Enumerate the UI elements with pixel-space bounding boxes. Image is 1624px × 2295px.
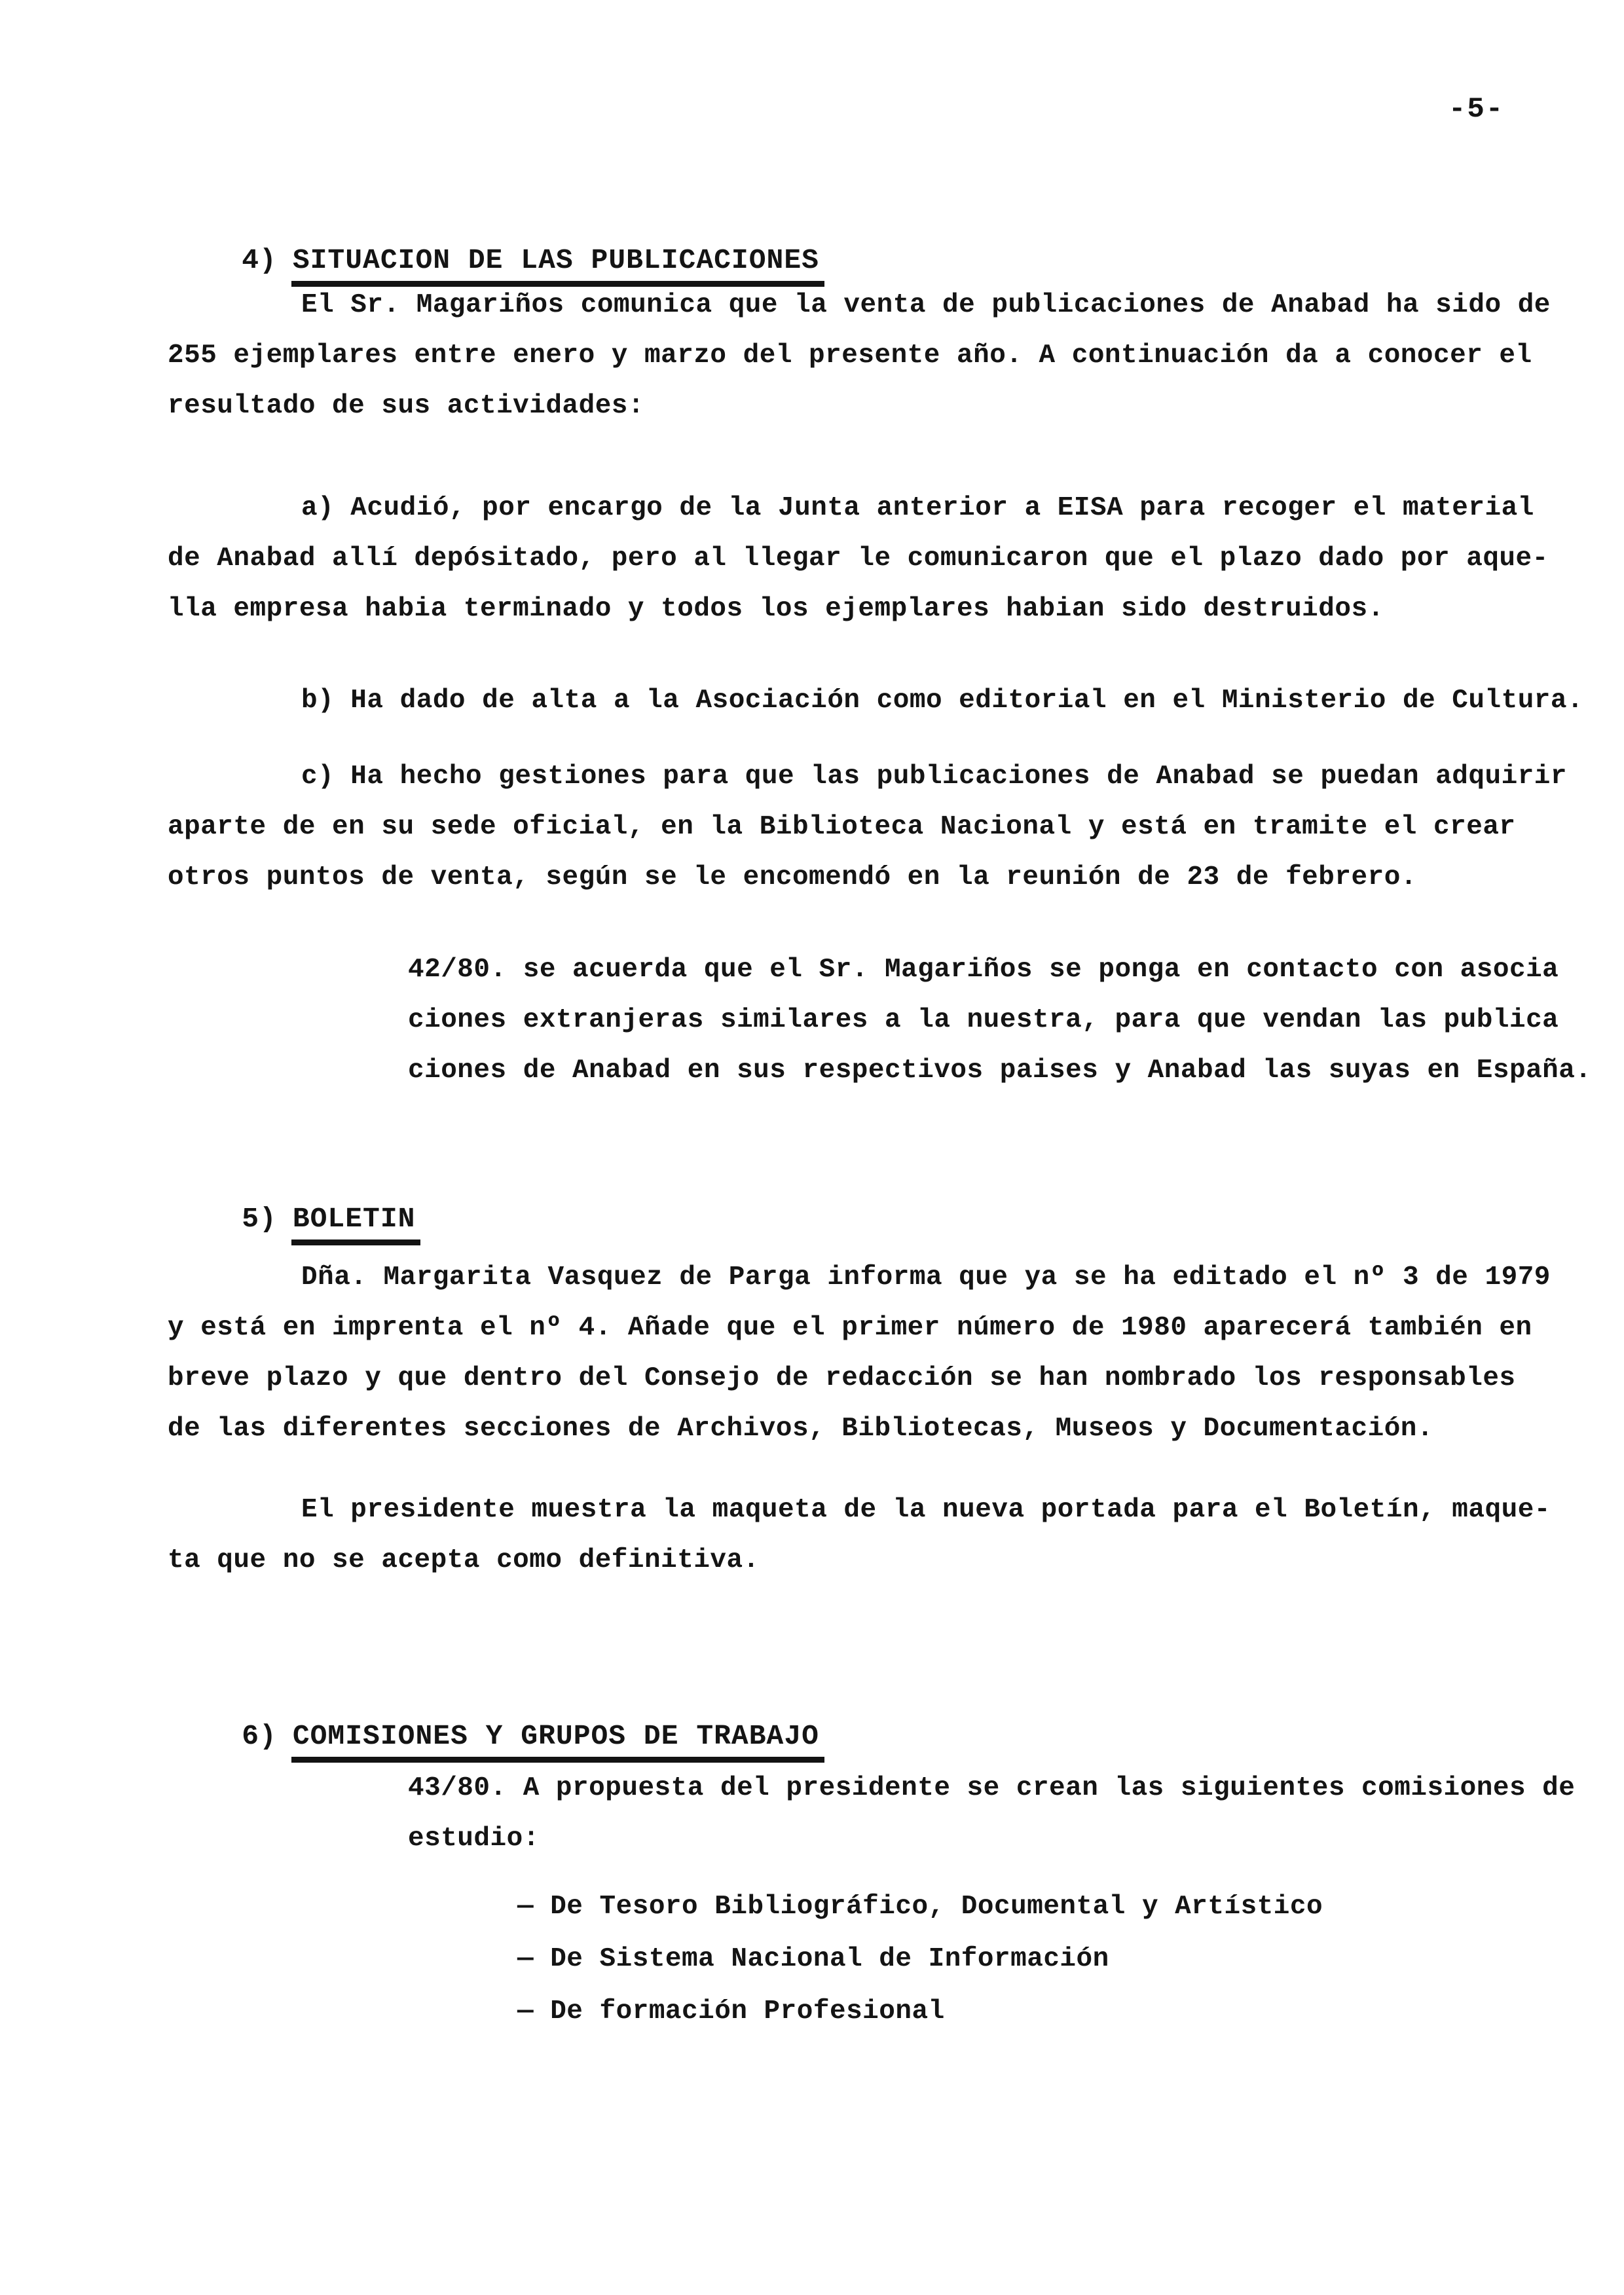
text-line: 42/80. se acuerda que el Sr. Magariños s…	[408, 945, 1592, 995]
section-6-title: COMISIONES Y GRUPOS DE TRABAJO	[291, 1720, 824, 1763]
section-6-number: 6)	[242, 1720, 277, 1752]
text-line: Dña. Margarita Vasquez de Parga informa …	[168, 1253, 1551, 1303]
section-4-item-c: c) Ha hecho gestiones para que las publi…	[168, 752, 1567, 903]
text-line: ciones extranjeras similares a la nuestr…	[408, 995, 1592, 1046]
text-line: 43/80. A propuesta del presidente se cre…	[408, 1763, 1575, 1814]
section-4-item-b: b) Ha dado de alta a la Asociación como …	[168, 676, 1583, 726]
text-line: aparte de en su sede oficial, en la Bibl…	[168, 802, 1567, 853]
commission-list: — De Tesoro Bibliográfico, Documental y …	[517, 1881, 1323, 2038]
resolution-43-80: 43/80. A propuesta del presidente se cre…	[408, 1763, 1575, 1864]
section-5-paragraph-2: El presidente muestra la maqueta de la n…	[168, 1485, 1551, 1586]
section-5-title: BOLETIN	[291, 1203, 421, 1245]
list-item: — De formación Profesional	[517, 1985, 1323, 2038]
text-line: de Anabad allí depósitado, pero al llega…	[168, 534, 1549, 584]
text-line: ta que no se acepta como definitiva.	[168, 1535, 1551, 1586]
section-5-number: 5)	[242, 1203, 277, 1235]
text-line: y está en imprenta el nº 4. Añade que el…	[168, 1303, 1551, 1353]
text-line: otros puntos de venta, según se le encom…	[168, 853, 1567, 903]
text-line: resultado de sus actividades:	[168, 381, 1551, 431]
text-line: El Sr. Magariños comunica que la venta d…	[168, 280, 1551, 331]
text-line: a) Acudió, por encargo de la Junta anter…	[168, 483, 1549, 534]
section-4-intro-paragraph: El Sr. Magariños comunica que la venta d…	[168, 280, 1551, 431]
list-item: — De Sistema Nacional de Información	[517, 1933, 1323, 1985]
section-4-item-a: a) Acudió, por encargo de la Junta anter…	[168, 483, 1549, 634]
section-4-number: 4)	[242, 244, 277, 276]
text-line: estudio:	[408, 1814, 1575, 1864]
text-line: ciones de Anabad en sus respectivos pais…	[408, 1046, 1592, 1096]
document-page: -5- 4)SITUACION DE LAS PUBLICACIONES El …	[0, 0, 1624, 2295]
text-line: lla empresa habia terminado y todos los …	[168, 584, 1549, 634]
text-line: breve plazo y que dentro del Consejo de …	[168, 1353, 1551, 1404]
text-line: b) Ha dado de alta a la Asociación como …	[168, 676, 1583, 726]
text-line: El presidente muestra la maqueta de la n…	[168, 1485, 1551, 1535]
page-number: -5-	[1449, 93, 1504, 126]
text-line: c) Ha hecho gestiones para que las publi…	[168, 752, 1567, 802]
list-item: — De Tesoro Bibliográfico, Documental y …	[517, 1881, 1323, 1933]
section-5-paragraph-1: Dña. Margarita Vasquez de Parga informa …	[168, 1253, 1551, 1454]
resolution-42-80: 42/80. se acuerda que el Sr. Magariños s…	[408, 945, 1592, 1096]
text-line: de las diferentes secciones de Archivos,…	[168, 1404, 1551, 1454]
text-line: 255 ejemplares entre enero y marzo del p…	[168, 331, 1551, 381]
